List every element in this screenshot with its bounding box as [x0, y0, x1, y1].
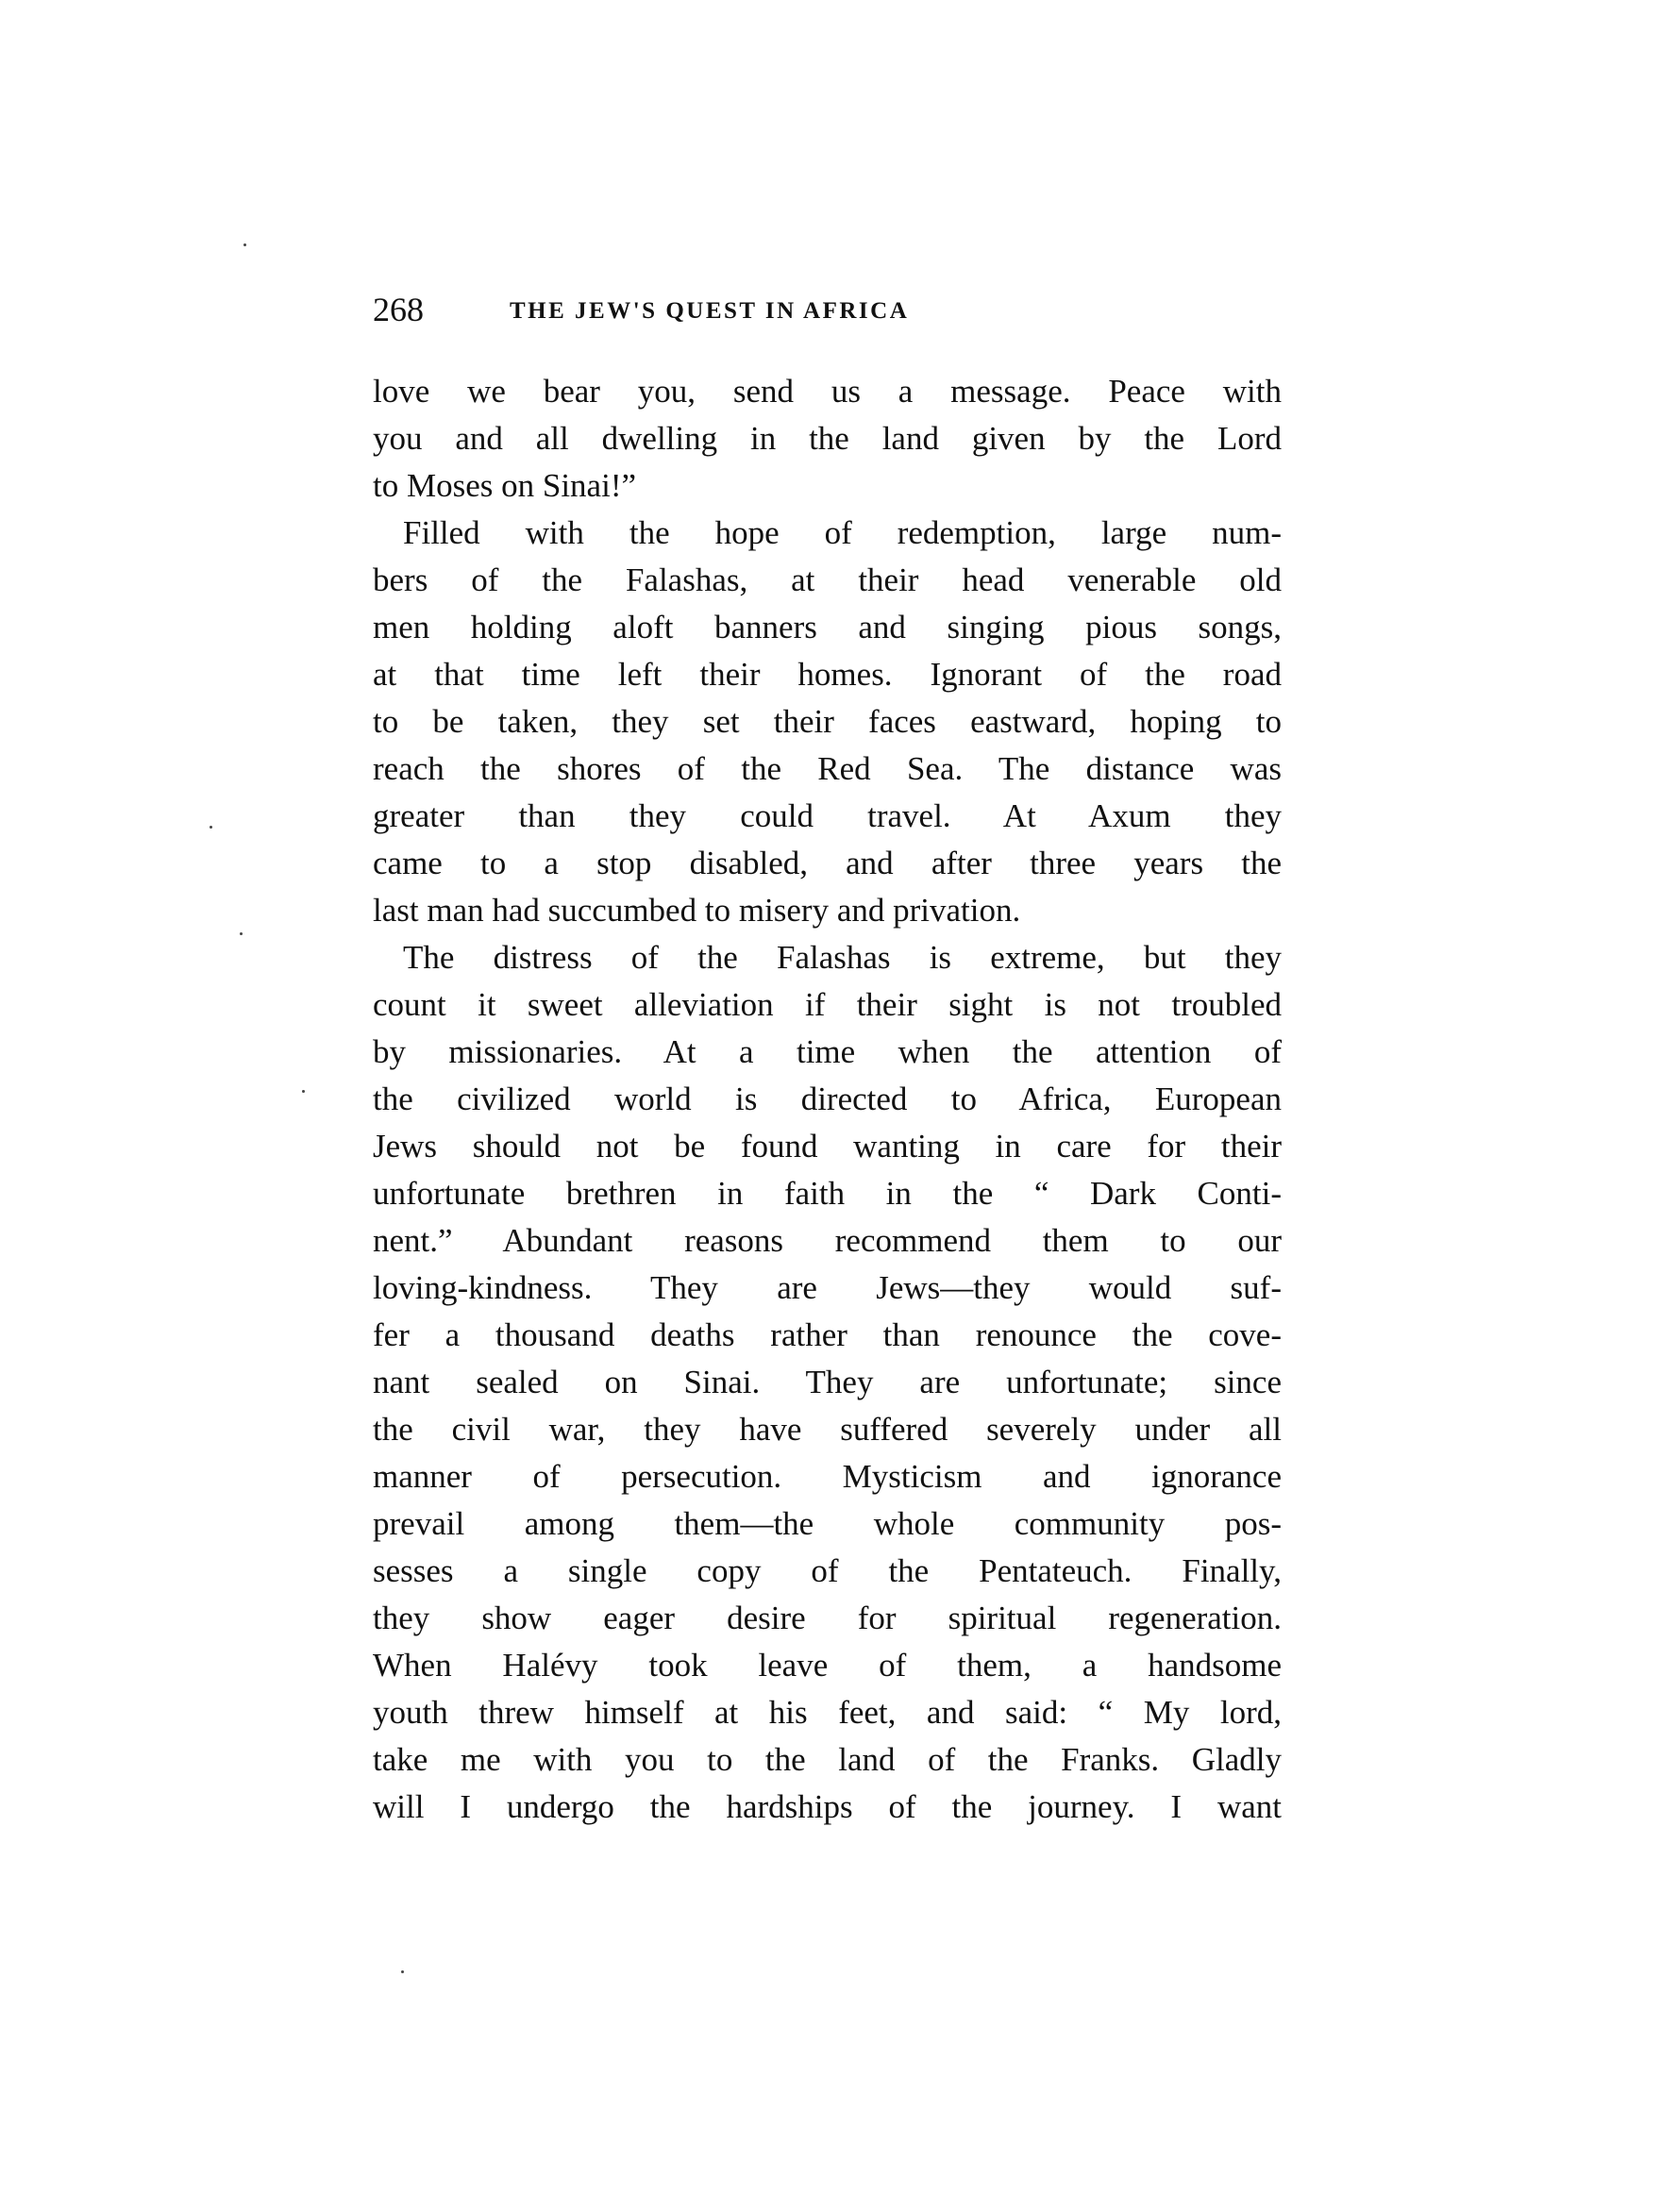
paragraph: love we bear you, send us a message. Pea… [373, 368, 1282, 510]
text-line: Jews should not be found wanting in care… [373, 1123, 1282, 1170]
paragraph: Filled with the hope of redemption, larg… [373, 510, 1282, 934]
scan-speck [401, 1970, 404, 1973]
text-line: they show eager desire for spiritual reg… [373, 1595, 1282, 1642]
text-line: sesses a single copy of the Pentateuch. … [373, 1548, 1282, 1595]
text-line: Filled with the hope of redemption, larg… [373, 510, 1282, 557]
text-line: count it sweet alleviation if their sigh… [373, 981, 1282, 1029]
text-line: at that time left their homes. Ignorant … [373, 651, 1282, 698]
text-line: fer a thousand deaths rather than renoun… [373, 1312, 1282, 1359]
running-head: 268 THE JEW'S QUEST IN AFRICA [373, 287, 1282, 332]
running-title: THE JEW'S QUEST IN AFRICA [510, 289, 909, 334]
scan-speck [302, 1090, 305, 1093]
text-line: The distress of the Falashas is extreme,… [373, 934, 1282, 981]
text-line: will I undergo the hardships of the jour… [373, 1784, 1282, 1831]
book-page: 268 THE JEW'S QUEST IN AFRICA love we be… [0, 0, 1661, 2212]
scan-speck [243, 243, 246, 246]
text-line: nant sealed on Sinai. They are unfortuna… [373, 1359, 1282, 1406]
text-line: loving-kindness. They are Jews—they woul… [373, 1265, 1282, 1312]
text-line: the civilized world is directed to Afric… [373, 1076, 1282, 1123]
text-line: take me with you to the land of the Fran… [373, 1736, 1282, 1784]
text-line: you and all dwelling in the land given b… [373, 415, 1282, 462]
text-line: men holding aloft banners and singing pi… [373, 604, 1282, 651]
text-line: manner of persecution. Mysticism and ign… [373, 1453, 1282, 1500]
text-line: prevail among them—the whole community p… [373, 1500, 1282, 1548]
text-line: love we bear you, send us a message. Pea… [373, 368, 1282, 415]
text-line: youth threw himself at his feet, and sai… [373, 1689, 1282, 1736]
text-line: reach the shores of the Red Sea. The dis… [373, 746, 1282, 793]
text-line: to be taken, they set their faces eastwa… [373, 698, 1282, 746]
text-line: last man had succumbed to misery and pri… [373, 887, 1282, 934]
scan-speck [240, 932, 243, 935]
text-line: came to a stop disabled, and after three… [373, 840, 1282, 887]
text-line: When Halévy took leave of them, a handso… [373, 1642, 1282, 1689]
text-line: nent.” Abundant reasons recommend them t… [373, 1217, 1282, 1265]
body-text: love we bear you, send us a message. Pea… [373, 368, 1282, 1831]
text-line: greater than they could travel. At Axum … [373, 793, 1282, 840]
text-line: by missionaries. At a time when the atte… [373, 1029, 1282, 1076]
text-line: to Moses on Sinai!” [373, 462, 1282, 510]
text-line: bers of the Falashas, at their head vene… [373, 557, 1282, 604]
page-number: 268 [373, 287, 424, 332]
scan-speck [210, 826, 212, 829]
text-line: the civil war, they have suffered severe… [373, 1406, 1282, 1453]
text-line: unfortunate brethren in faith in the “ D… [373, 1170, 1282, 1217]
paragraph: The distress of the Falashas is extreme,… [373, 934, 1282, 1831]
